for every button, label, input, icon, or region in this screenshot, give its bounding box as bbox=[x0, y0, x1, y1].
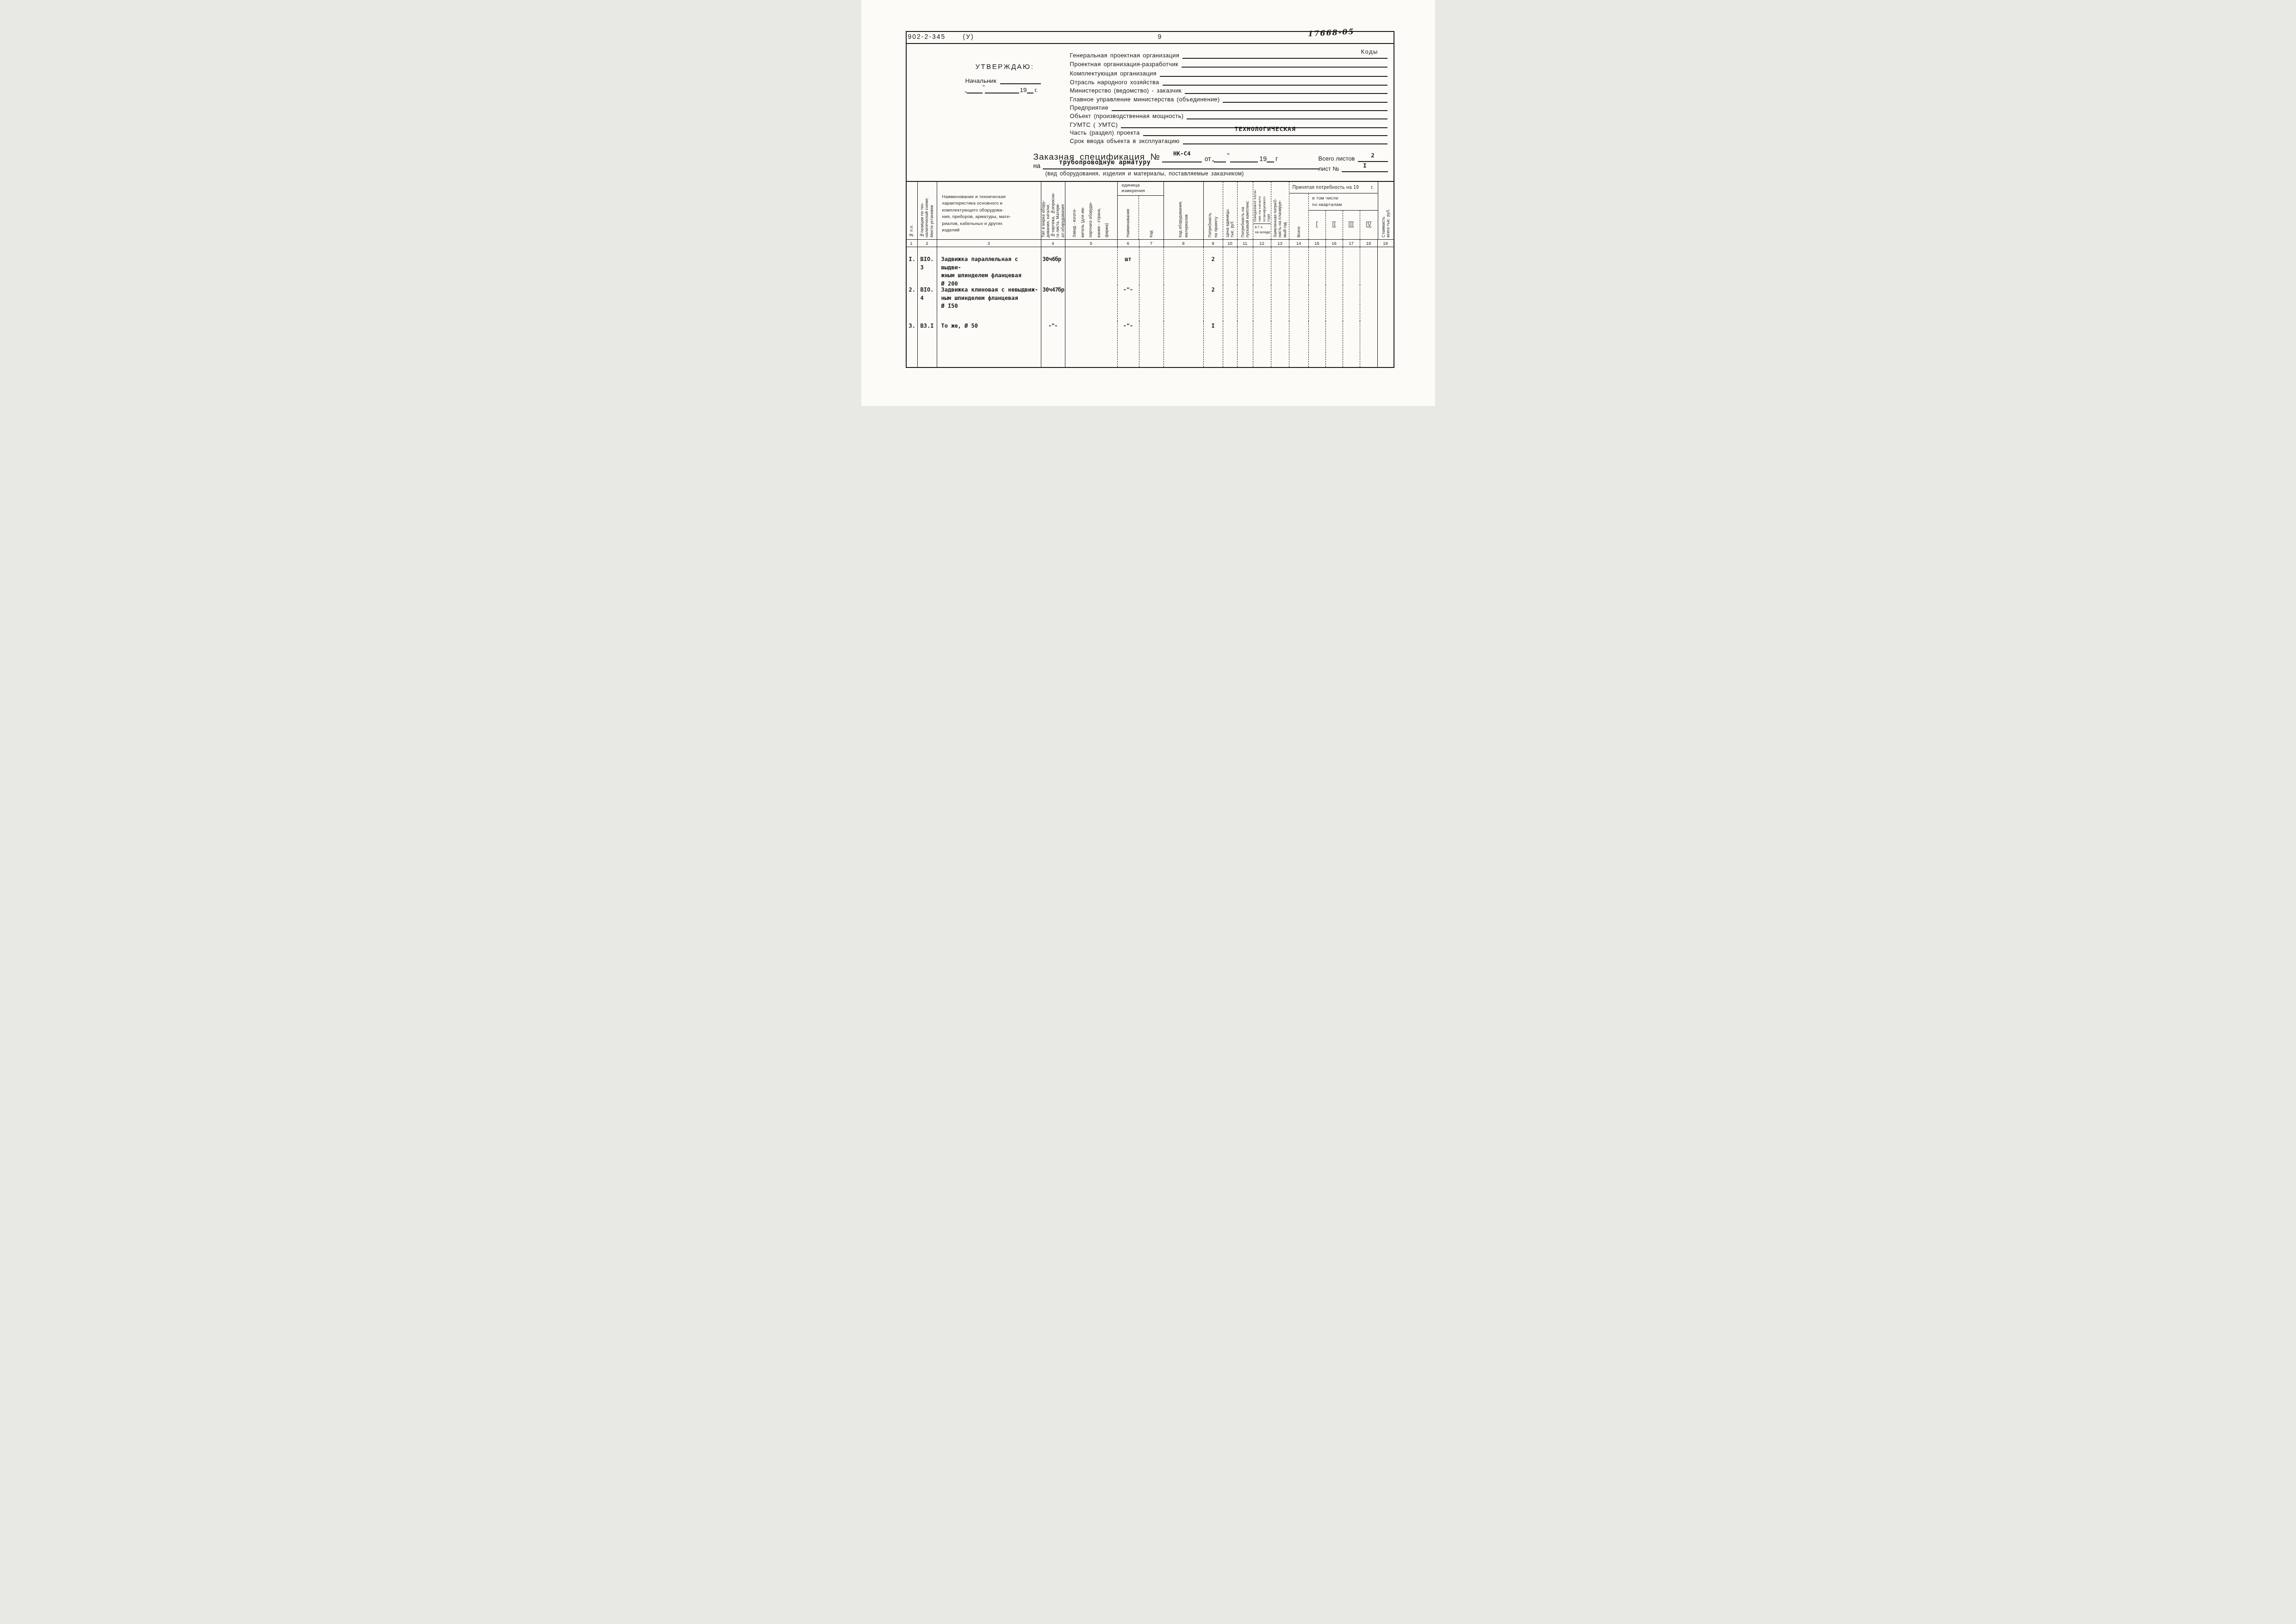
form-line-blank bbox=[1183, 134, 1388, 144]
col-group-unit: единица измерения Наименование Код bbox=[1118, 182, 1164, 239]
sheet-number-blank: I bbox=[1342, 162, 1388, 172]
table-row: 2. ВIO. 4 Задвижка клиновая с невыдвиж- … bbox=[906, 285, 1394, 321]
row-expected-stock bbox=[1253, 285, 1271, 321]
col-header-name: Наименование и техническая характеристик… bbox=[937, 182, 1041, 239]
approval-date-row: „ " 19 г. bbox=[965, 84, 1038, 93]
col-number: 19 bbox=[1378, 240, 1394, 247]
spec-subject-row: на трубопроводную арматуру bbox=[1033, 160, 1319, 169]
row-q1 bbox=[1309, 285, 1326, 321]
row-type-mark: 30ч6бр bbox=[1041, 247, 1065, 285]
sheets-total-blank: 2 bbox=[1358, 152, 1388, 162]
row-q3 bbox=[1343, 321, 1360, 367]
row-total bbox=[1289, 285, 1309, 321]
form-line-label: Министерство (ведомство) - заказчик bbox=[1070, 87, 1185, 94]
row-startup-need bbox=[1238, 247, 1253, 285]
row-q1 bbox=[1309, 247, 1326, 285]
form-line-label: Генеральная проектная организация bbox=[1070, 52, 1183, 59]
row-unit-code bbox=[1139, 247, 1164, 285]
row-q2 bbox=[1326, 321, 1343, 367]
frame-right-line bbox=[1394, 31, 1394, 368]
row-name: Задвижка параллельная с выдви- жным шпин… bbox=[937, 247, 1041, 285]
approval-year-blank bbox=[1027, 83, 1033, 93]
row-unit: шт bbox=[1118, 247, 1139, 285]
row-name: Задвижка клиновая с невыдвиж- ным шпинде… bbox=[937, 285, 1041, 321]
row-equipment-code bbox=[1164, 285, 1204, 321]
doc-number: 902-2-345 bbox=[908, 33, 946, 40]
row-q2 bbox=[1326, 247, 1343, 285]
row-type-mark: -"- bbox=[1041, 321, 1065, 367]
table-header: № п.п. №позиции по тех- нологической схе… bbox=[906, 182, 1394, 240]
row-number: 3. bbox=[906, 321, 918, 367]
column-numbers-row: 1 2 3 4 5 6 7 8 9 10 11 12 13 14 15 16 1… bbox=[906, 240, 1394, 247]
col-header-q1: I bbox=[1309, 211, 1326, 239]
col-number: 14 bbox=[1289, 240, 1309, 247]
quarters-group-label: в том числе по кварталам bbox=[1309, 193, 1378, 211]
row-total bbox=[1289, 321, 1309, 367]
col-number: 4 bbox=[1041, 240, 1065, 247]
form-line: Срок ввода объекта в эксплуатацию bbox=[1070, 135, 1388, 144]
approval-day-blank bbox=[967, 83, 983, 93]
row-unit: -"- bbox=[1118, 321, 1139, 367]
row-unit: -"- bbox=[1118, 285, 1139, 321]
col-number: 13 bbox=[1271, 240, 1289, 247]
form-line-label: Срок ввода объекта в эксплуатацию bbox=[1070, 137, 1183, 144]
row-q4 bbox=[1360, 321, 1378, 367]
row-equipment-code bbox=[1164, 247, 1204, 285]
sheets-total-row: Всего листов 2 bbox=[1319, 153, 1388, 162]
row-declared-need bbox=[1271, 321, 1289, 367]
approval-month-blank bbox=[985, 83, 1020, 93]
col-header-expected-stock-sub: в т. ч. на складе bbox=[1253, 224, 1271, 239]
row-manufacturer bbox=[1065, 285, 1118, 321]
col-number: 18 bbox=[1360, 240, 1378, 247]
row-q1 bbox=[1309, 321, 1326, 367]
col-number: 1 bbox=[906, 240, 918, 247]
col-header-declared-need: Заявленная потреб- ность на планируе- мы… bbox=[1271, 182, 1289, 239]
row-position: ВIO. 3 bbox=[918, 247, 937, 285]
sheet-number-label: лист № bbox=[1319, 165, 1342, 172]
row-unit-price bbox=[1223, 285, 1238, 321]
row-unit-price bbox=[1223, 321, 1238, 367]
col-number: 3 bbox=[937, 240, 1041, 247]
col-header-type: Тип и марка обору- дования, каталог, №че… bbox=[1041, 182, 1065, 239]
approval-stamp: УТВЕРЖДАЮ: bbox=[976, 63, 1034, 71]
row-expected-stock bbox=[1253, 321, 1271, 367]
col-header-equipment-code: Код оборудования, материалов bbox=[1164, 182, 1204, 239]
col-number: 7 bbox=[1139, 240, 1164, 247]
sheet-number-row: лист № I bbox=[1319, 163, 1388, 172]
row-position: ВIO. 4 bbox=[918, 285, 937, 321]
row-cost bbox=[1378, 321, 1394, 367]
spec-number: НК-С4 bbox=[1162, 150, 1202, 157]
quote-close: " bbox=[1227, 152, 1229, 159]
unit-group-label: единица измерения bbox=[1118, 182, 1164, 196]
row-number: I. bbox=[906, 247, 918, 285]
col-header-unit-name: Наименование bbox=[1118, 196, 1139, 239]
col-number: 10 bbox=[1223, 240, 1238, 247]
doc-variant: (У) bbox=[963, 33, 974, 40]
row-startup-need bbox=[1238, 321, 1253, 367]
col-number: 12 bbox=[1253, 240, 1271, 247]
form-line: Проектная организация-разработчик bbox=[1070, 58, 1388, 68]
col-number: 16 bbox=[1326, 240, 1343, 247]
col-number: 5 bbox=[1065, 240, 1118, 247]
col-header-q4: IV bbox=[1360, 211, 1378, 239]
row-type-mark: 30ч47бр bbox=[1041, 285, 1065, 321]
form-line-label: Комплектующая организация bbox=[1070, 70, 1160, 77]
approval-position-row: Начальник bbox=[965, 75, 1041, 84]
frame-header-line bbox=[906, 43, 1394, 44]
col-header-unit-price: Цена единицы. тыс. руб bbox=[1223, 182, 1238, 239]
subject-blank: трубопроводную арматуру bbox=[1043, 159, 1319, 169]
accepted-group-text: Принятая потребность на 19 bbox=[1293, 185, 1359, 190]
col-number: 8 bbox=[1164, 240, 1204, 247]
row-project-need: 2 bbox=[1204, 285, 1223, 321]
col-header-expected-stock: Ожидаемое нали- чие на начало планируемо… bbox=[1253, 182, 1271, 239]
row-q4 bbox=[1360, 285, 1378, 321]
row-unit-code bbox=[1139, 321, 1164, 367]
row-unit-code bbox=[1139, 285, 1164, 321]
row-number: 2. bbox=[906, 285, 918, 321]
approval-position-blank bbox=[1000, 74, 1041, 84]
col-number: 2 bbox=[918, 240, 937, 247]
row-cost bbox=[1378, 285, 1394, 321]
col-header-cost: Стоимость всего тыс. руб. bbox=[1378, 182, 1394, 239]
col-header-startup-need: Потребность на пусковой комплекс bbox=[1238, 182, 1253, 239]
table-row: 3. В3.I То же, Ø 50 -"- -"- I bbox=[906, 321, 1394, 367]
col-header-item-no: № п.п. bbox=[906, 182, 918, 239]
sheet-number-value: I bbox=[1342, 162, 1388, 169]
col-header-project-need: Потребность по проекту bbox=[1204, 182, 1223, 239]
row-project-need: I bbox=[1204, 321, 1223, 367]
col-group-accepted-need: Принятая потребность на 19 г. Всего в то… bbox=[1289, 182, 1378, 239]
row-name: То же, Ø 50 bbox=[937, 321, 1041, 367]
row-position: В3.I bbox=[918, 321, 937, 367]
col-number: 6 bbox=[1118, 240, 1139, 247]
row-q3 bbox=[1343, 247, 1360, 285]
scanned-specification-page: 902-2-345 (У) 9 17668-05 Коды УТВЕРЖДАЮ:… bbox=[861, 0, 1435, 406]
approval-year-suffix: г. bbox=[1033, 87, 1038, 93]
row-startup-need bbox=[1238, 285, 1253, 321]
row-cost bbox=[1378, 247, 1394, 285]
sheets-total-value: 2 bbox=[1358, 152, 1388, 159]
accepted-group-label: Принятая потребность на 19 г. bbox=[1289, 182, 1378, 193]
col-header-total: Всего bbox=[1289, 193, 1309, 239]
row-project-need: 2 bbox=[1204, 247, 1223, 285]
sheets-total-label: Всего листов bbox=[1319, 155, 1358, 162]
form-line-value: ТЕХНОЛОГИЧЕСКАЯ bbox=[1143, 126, 1388, 133]
row-declared-need bbox=[1271, 285, 1289, 321]
col-header-manufacturer: Завод - изгото- витель (для им- портного… bbox=[1065, 182, 1118, 239]
table-row: I. ВIO. 3 Задвижка параллельная с выдви-… bbox=[906, 247, 1394, 285]
row-manufacturer bbox=[1065, 321, 1118, 367]
col-number: 17 bbox=[1343, 240, 1360, 247]
accepted-group-suffix: г. bbox=[1371, 185, 1374, 190]
col-number: 11 bbox=[1238, 240, 1253, 247]
subject-value: трубопроводную арматуру bbox=[1059, 159, 1319, 166]
handwritten-doc-code: 17668-05 bbox=[1307, 27, 1354, 38]
row-q2 bbox=[1326, 285, 1343, 321]
form-line-blank bbox=[1182, 57, 1388, 68]
col-header-unit-code: Код bbox=[1139, 196, 1163, 239]
col-number: 15 bbox=[1309, 240, 1326, 247]
row-equipment-code bbox=[1164, 321, 1204, 367]
col-header-q2: II bbox=[1326, 211, 1343, 239]
row-total bbox=[1289, 247, 1309, 285]
row-q4 bbox=[1360, 247, 1378, 285]
subject-note: (вид оборудования, изделия и материалы, … bbox=[1045, 170, 1244, 177]
row-q3 bbox=[1343, 285, 1360, 321]
row-unit-price bbox=[1223, 247, 1238, 285]
page-number: 9 bbox=[1158, 33, 1163, 40]
row-manufacturer bbox=[1065, 247, 1118, 285]
spec-table: № п.п. №позиции по тех- нологической схе… bbox=[906, 181, 1394, 368]
row-expected-stock bbox=[1253, 247, 1271, 285]
col-group-quarters: в том числе по кварталам I II III IV bbox=[1309, 193, 1378, 239]
row-declared-need bbox=[1271, 247, 1289, 285]
col-header-q3: III bbox=[1343, 211, 1360, 239]
col-number: 9 bbox=[1204, 240, 1223, 247]
quote-close: " bbox=[983, 84, 985, 91]
approval-year: 19 bbox=[1019, 87, 1027, 93]
col-header-position: №позиции по тех- нологической схеме; Мес… bbox=[918, 182, 937, 239]
subject-prefix: на bbox=[1033, 162, 1043, 169]
